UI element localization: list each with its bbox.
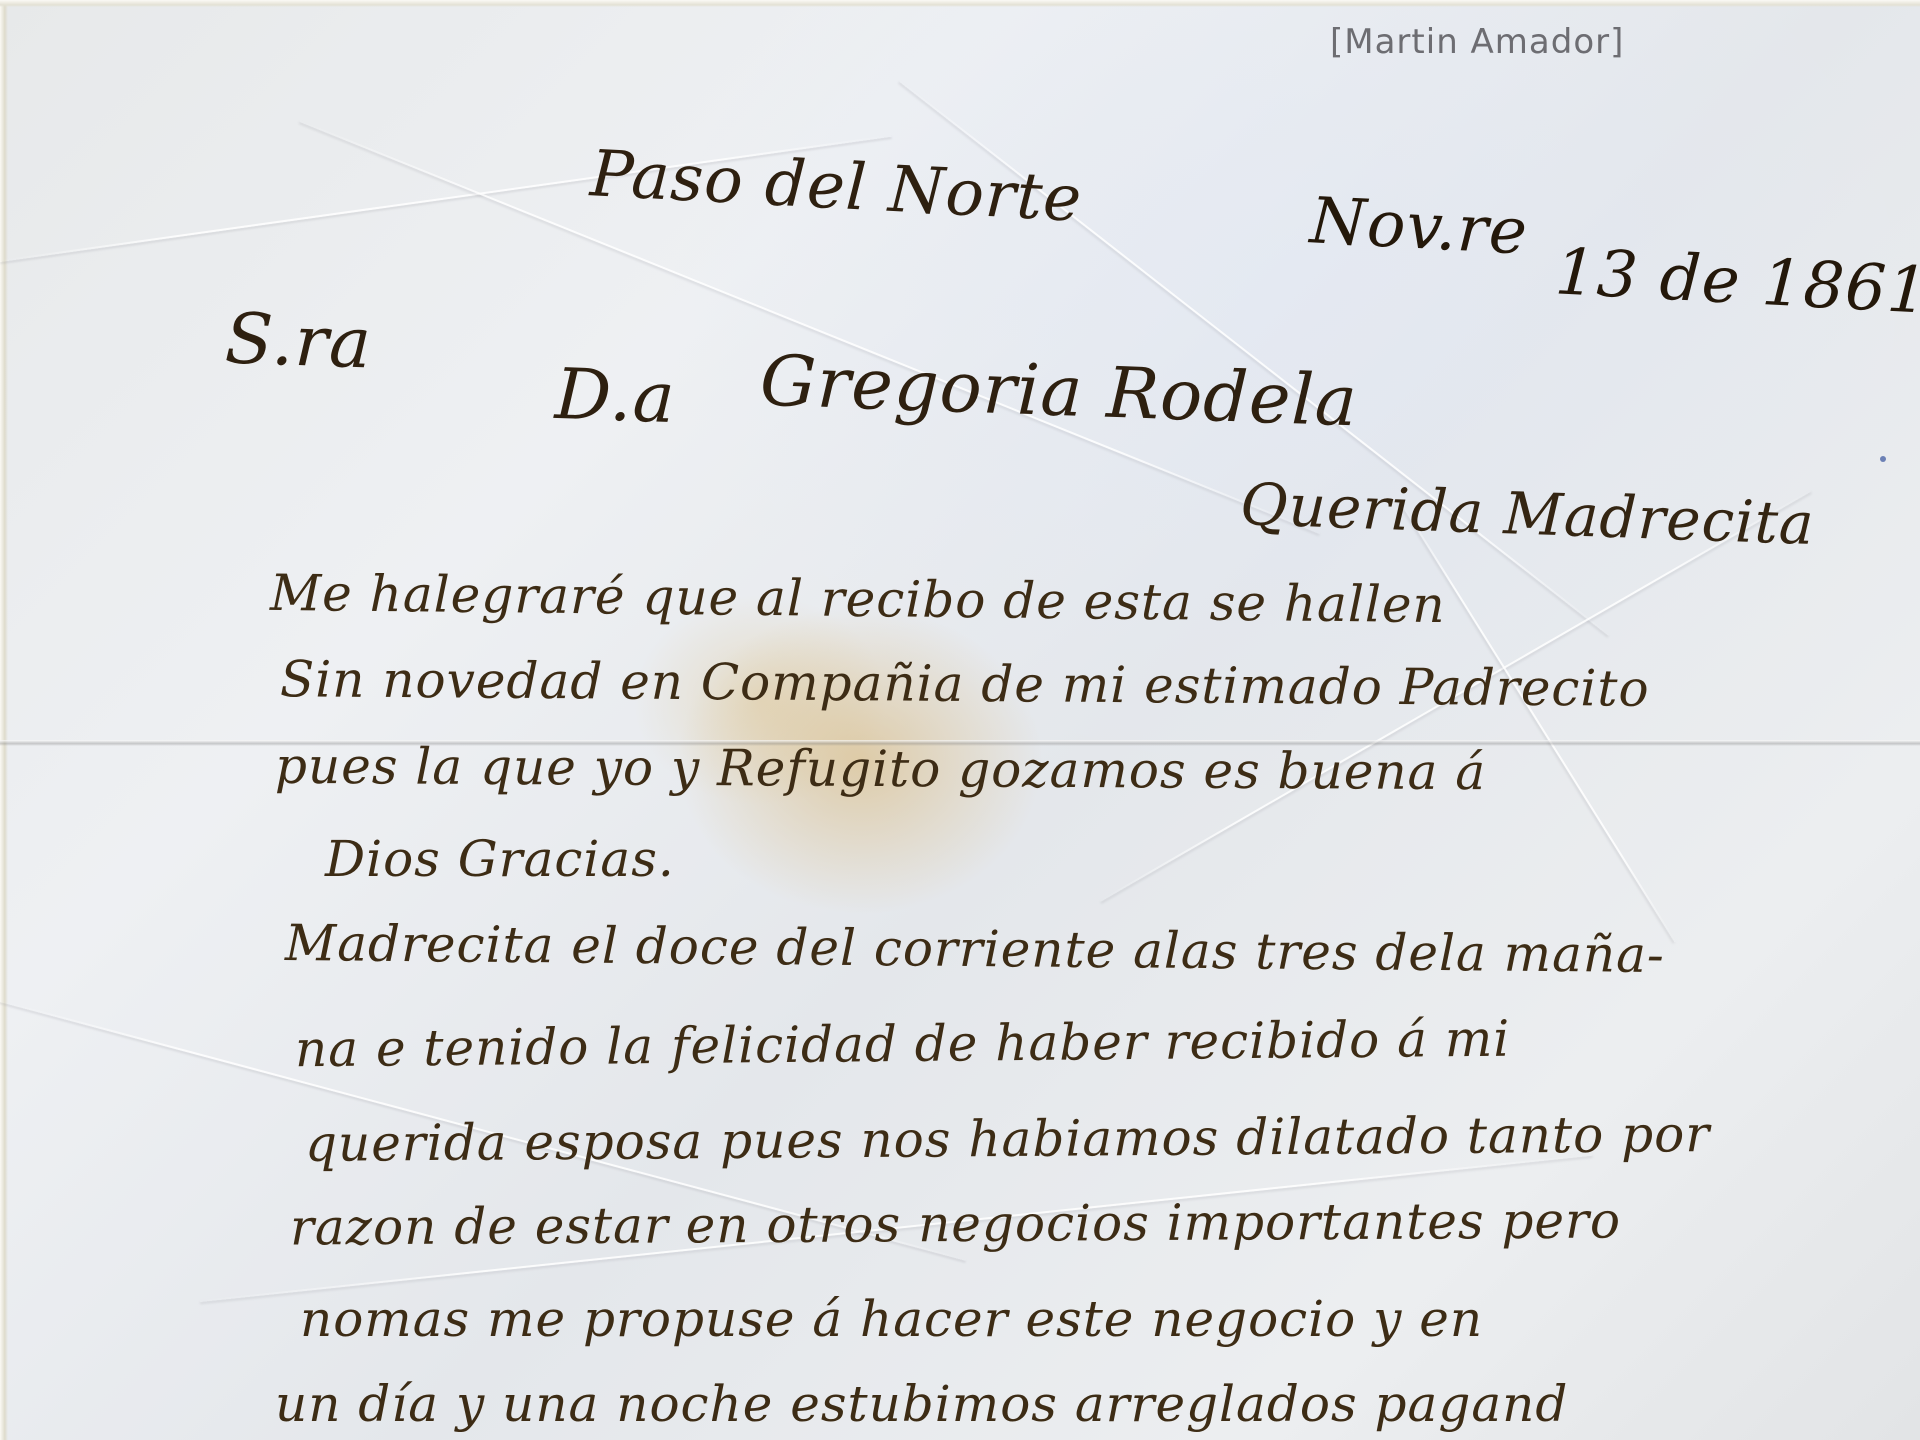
body-line-6: na e tenido la felicidad de haber recibi… bbox=[295, 1010, 1511, 1079]
body-line-1: Me halegraré que al recibo de esta se ha… bbox=[270, 564, 1446, 634]
ink-spot bbox=[1880, 456, 1886, 462]
greeting: Querida Madrecita bbox=[1239, 470, 1816, 558]
body-line-3: pues la que yo y Refugito gozamos es bue… bbox=[275, 737, 1486, 801]
paper-torn-edge-top bbox=[0, 0, 1920, 7]
addressee-name: Gregoria Rodela bbox=[759, 340, 1359, 443]
letter-scan: [Martin Amador] Paso del Norte Nov.re 13… bbox=[0, 0, 1920, 1440]
body-line-7: querida esposa pues nos habiamos dilatad… bbox=[305, 1105, 1711, 1173]
body-line-2: Sin novedad en Compañia de mi estimado P… bbox=[280, 650, 1650, 718]
place-name: Paso del Norte bbox=[588, 137, 1084, 237]
body-line-10: un día y una noche estubimos arreglados … bbox=[275, 1375, 1568, 1433]
date-day-year: 13 de 1861 bbox=[1553, 235, 1920, 328]
body-line-5: Madrecita el doce del corriente alas tre… bbox=[285, 914, 1665, 984]
addressee-honorific-senora: S.ra bbox=[224, 297, 374, 384]
paper-torn-edge-left bbox=[0, 0, 8, 1440]
body-line-9: nomas me propuse á hacer este negocio y … bbox=[300, 1290, 1483, 1348]
date-month: Nov.re bbox=[1308, 184, 1529, 269]
body-line-8: razon de estar en otros negocios importa… bbox=[290, 1192, 1621, 1257]
body-line-4: Dios Gracias. bbox=[325, 830, 675, 888]
paper-crease bbox=[1399, 500, 1676, 942]
addressee-honorific-dona: D.a bbox=[554, 353, 677, 439]
archival-annotation: [Martin Amador] bbox=[1330, 22, 1624, 62]
